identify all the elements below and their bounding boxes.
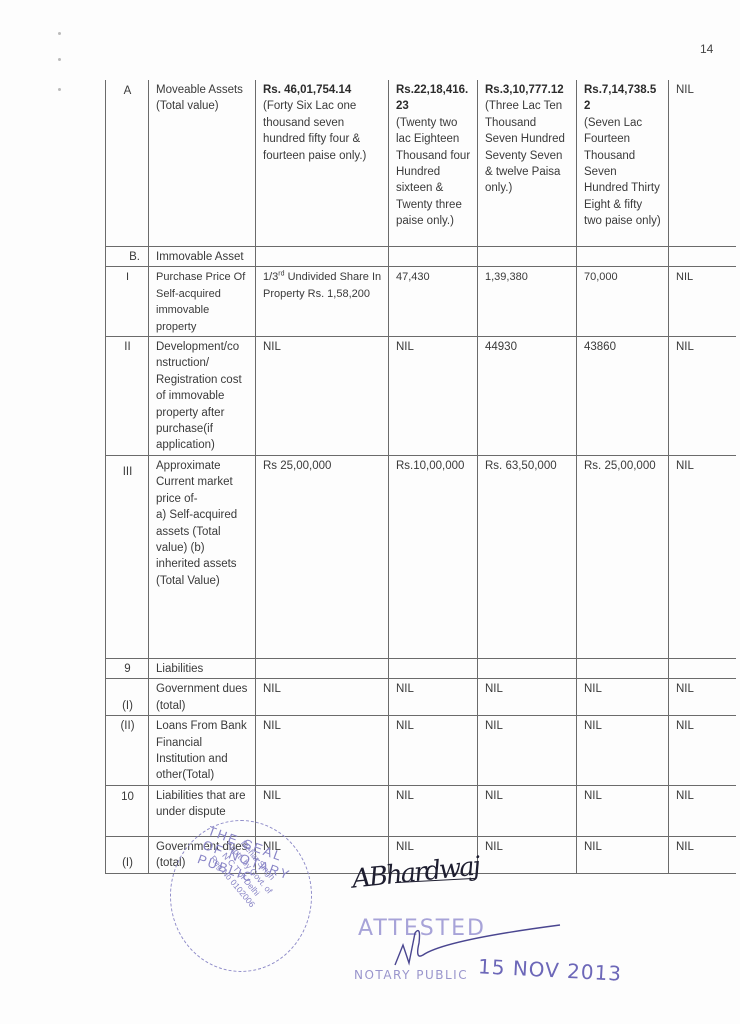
amount-in-words: (Three Lac Ten Thousand Seven Hundred Se…	[485, 98, 570, 196]
label-line: value) (b)	[156, 540, 249, 556]
value-cell: NIL	[478, 836, 577, 873]
value-cell: NIL	[478, 785, 577, 836]
value-cell	[256, 658, 389, 678]
value-cell: NIL	[669, 337, 736, 456]
label-line: Approximate	[156, 458, 249, 474]
table-row-liabilities: 9 Liabilities	[106, 658, 736, 678]
row-label: Loans From Bank Financial Institution an…	[149, 716, 256, 786]
value-cell: NIL	[669, 80, 736, 247]
row-label: Purchase Price Of Self-acquired immovabl…	[149, 267, 256, 337]
row-index: III	[106, 455, 149, 658]
row-label: Government dues (total)	[149, 679, 256, 716]
value-cell: NIL	[389, 337, 478, 456]
value-cell: NIL	[669, 267, 736, 337]
row-label: Immovable Asset	[149, 247, 256, 267]
value-cell: 70,000	[577, 267, 669, 337]
value-cell	[389, 658, 478, 678]
value-cell: Rs.7,14,738.5 2(Seven Lac Fourteen Thous…	[577, 80, 669, 247]
value-cell	[577, 247, 669, 267]
value-cell: 44930	[478, 337, 577, 456]
label-line: a) Self-acquired	[156, 507, 249, 523]
row-label: Development/co nstruction/ Registration …	[149, 337, 256, 456]
value-cell: NIL	[478, 716, 577, 786]
scan-speck	[58, 58, 61, 61]
value-cell: NIL	[256, 679, 389, 716]
amount: Rs.7,14,738.5 2	[584, 82, 662, 115]
value-cell: NIL	[577, 785, 669, 836]
amount: NIL	[676, 82, 730, 98]
value-cell: Rs.3,10,777.12(Three Lac Ten Thousand Se…	[478, 80, 577, 247]
amount: Rs.22,18,416. 23	[396, 82, 471, 115]
value-cell: Rs. 46,01,754.14(Forty Six Lac one thous…	[256, 80, 389, 247]
table-row-disputed-liabilities: 10 Liabilities that are under dispute NI…	[106, 785, 736, 836]
page-number: 14	[700, 42, 713, 56]
scan-speck	[58, 32, 61, 35]
value-cell: NIL	[577, 716, 669, 786]
value-cell: NIL	[669, 836, 736, 873]
value-cell: NIL	[669, 785, 736, 836]
table-row-immovable-asset: B. Immovable Asset	[106, 247, 736, 267]
assets-liabilities-table: A Moveable Assets (Total value) Rs. 46,0…	[105, 80, 736, 874]
table-row-development-cost: II Development/co nstruction/ Registrati…	[106, 337, 736, 456]
value-cell	[478, 247, 577, 267]
row-index: I	[106, 267, 149, 337]
value-cell	[389, 247, 478, 267]
table-row-government-dues: (I) Government dues (total) NIL NIL NIL …	[106, 679, 736, 716]
label-line: (Total Value)	[156, 573, 249, 589]
label-line: Current market	[156, 474, 249, 490]
value-cell: NIL	[389, 716, 478, 786]
value-cell: NIL	[478, 679, 577, 716]
value-cell: 47,430	[389, 267, 478, 337]
value-cell	[669, 247, 736, 267]
row-index: (I)	[106, 836, 149, 873]
amount: Rs. 46,01,754.14	[263, 82, 382, 98]
attestation-date: 15 NOV 2013	[477, 954, 622, 986]
table-row-moveable-assets: A Moveable Assets (Total value) Rs. 46,0…	[106, 80, 736, 247]
row-index: B.	[106, 247, 149, 267]
table-row-purchase-price: I Purchase Price Of Self-acquired immova…	[106, 267, 736, 337]
amount: Rs.3,10,777.12	[485, 82, 570, 98]
value-cell	[256, 247, 389, 267]
value-cell: NIL	[256, 337, 389, 456]
value-cell: NIL	[669, 455, 736, 658]
value-cell: NIL	[389, 679, 478, 716]
label-line: assets (Total	[156, 524, 249, 540]
value-cell: NIL	[389, 785, 478, 836]
value-cell	[669, 658, 736, 678]
row-index: (I)	[106, 679, 149, 716]
label-line: price of-	[156, 491, 249, 507]
table-row-bank-loans: (II) Loans From Bank Financial Instituti…	[106, 716, 736, 786]
amount-in-words: (Seven Lac Fourteen Thousand Seven Hundr…	[584, 115, 662, 230]
value-cell: 1/3rd Undivided Share In Property Rs. 1,…	[256, 267, 389, 337]
notary-public-label: NOTARY PUBLIC	[354, 968, 468, 982]
value-cell: Rs. 63,50,000	[478, 455, 577, 658]
value-cell: Rs.22,18,416. 23(Twenty two lac Eighteen…	[389, 80, 478, 247]
value-cell: NIL	[256, 716, 389, 786]
value-cell: Rs.10,00,000	[389, 455, 478, 658]
amount-in-words: (Twenty two lac Eighteen Thousand four H…	[396, 115, 471, 230]
table-row-market-price: III Approximate Current market price of-…	[106, 455, 736, 658]
row-index: II	[106, 337, 149, 456]
row-label: Approximate Current market price of- a) …	[149, 455, 256, 658]
value-cell: Rs 25,00,000	[256, 455, 389, 658]
row-index: 9	[106, 658, 149, 678]
value-cell: NIL	[577, 679, 669, 716]
value-cell: 43860	[577, 337, 669, 456]
value-cell: NIL	[669, 679, 736, 716]
value-cell: NIL	[577, 836, 669, 873]
value-cell: NIL	[669, 716, 736, 786]
value-cell	[478, 658, 577, 678]
row-label: Liabilities	[149, 658, 256, 678]
scan-speck	[58, 88, 61, 91]
value-cell	[577, 658, 669, 678]
value-cell: Rs. 25,00,000	[577, 455, 669, 658]
row-index: (II)	[106, 716, 149, 786]
value-cell: 1,39,380	[478, 267, 577, 337]
row-index: 10	[106, 785, 149, 836]
row-label: Moveable Assets (Total value)	[149, 80, 256, 247]
amount-in-words: (Forty Six Lac one thousand seven hundre…	[263, 98, 382, 164]
row-index: A	[106, 80, 149, 247]
fraction: 1/3	[263, 271, 278, 283]
notary-seal: THE SEAL OF NOTARY PUBLIC Mehar Singh Ap…	[170, 820, 312, 972]
label-line: inherited assets	[156, 556, 249, 572]
